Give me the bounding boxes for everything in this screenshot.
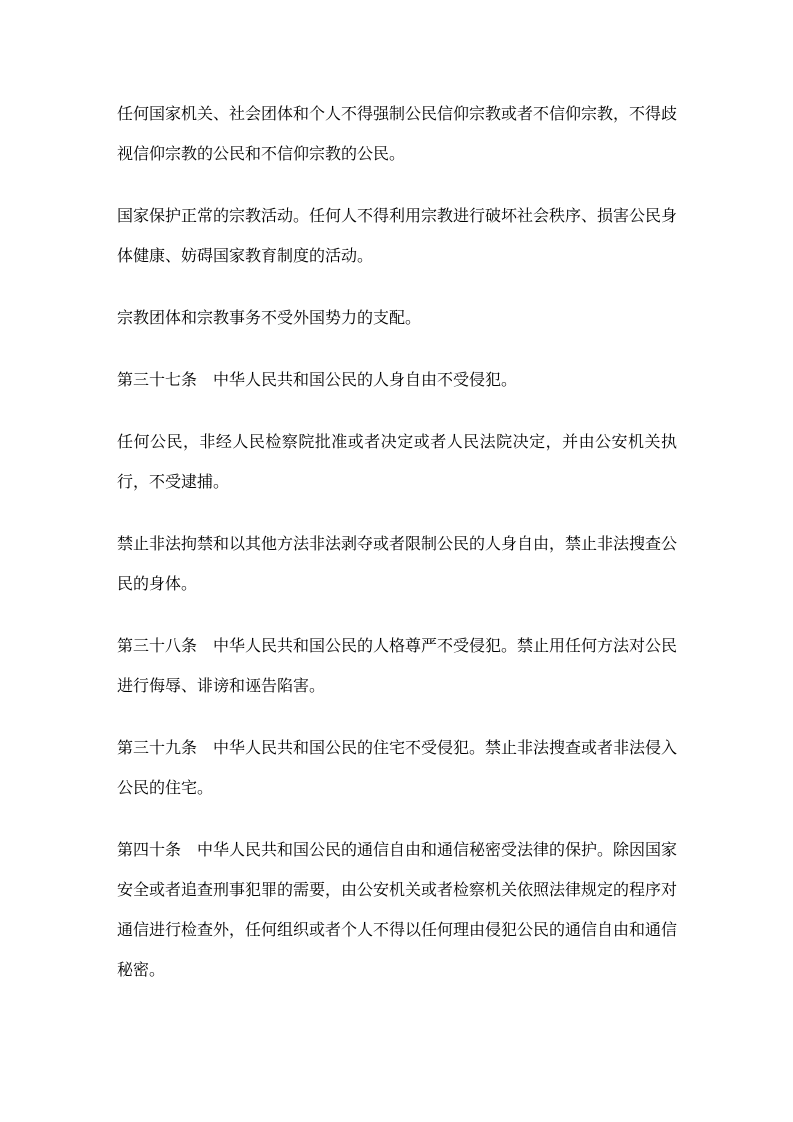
paragraph-religion-no-compulsion: 任何国家机关、社会团体和个人不得强制公民信仰宗教或者不信仰宗教，不得歧视信仰宗教…	[117, 95, 677, 175]
paragraph-article-37: 第三十七条 中华人民共和国公民的人身自由不受侵犯。	[117, 361, 677, 401]
paragraph-arrest-procedure: 任何公民，非经人民检察院批准或者决定或者人民法院决定，并由公安机关执行，不受逮捕…	[117, 423, 677, 503]
paragraph-religion-foreign-domination: 宗教团体和宗教事务不受外国势力的支配。	[117, 299, 677, 339]
paragraph-article-38: 第三十八条 中华人民共和国公民的人格尊严不受侵犯。禁止用任何方法对公民进行侮辱、…	[117, 627, 677, 707]
paragraph-article-39: 第三十九条 中华人民共和国公民的住宅不受侵犯。禁止非法搜查或者非法侵入公民的住宅…	[117, 729, 677, 809]
document-page: 任何国家机关、社会团体和个人不得强制公民信仰宗教或者不信仰宗教，不得歧视信仰宗教…	[0, 0, 793, 1122]
paragraph-article-40: 第四十条 中华人民共和国公民的通信自由和通信秘密受法律的保护。除因国家安全或者追…	[117, 831, 677, 991]
document-body: 任何国家机关、社会团体和个人不得强制公民信仰宗教或者不信仰宗教，不得歧视信仰宗教…	[117, 95, 677, 991]
paragraph-unlawful-detention-ban: 禁止非法拘禁和以其他方法非法剥夺或者限制公民的人身自由，禁止非法搜查公民的身体。	[117, 525, 677, 605]
paragraph-religion-protection: 国家保护正常的宗教活动。任何人不得利用宗教进行破坏社会秩序、损害公民身体健康、妨…	[117, 197, 677, 277]
